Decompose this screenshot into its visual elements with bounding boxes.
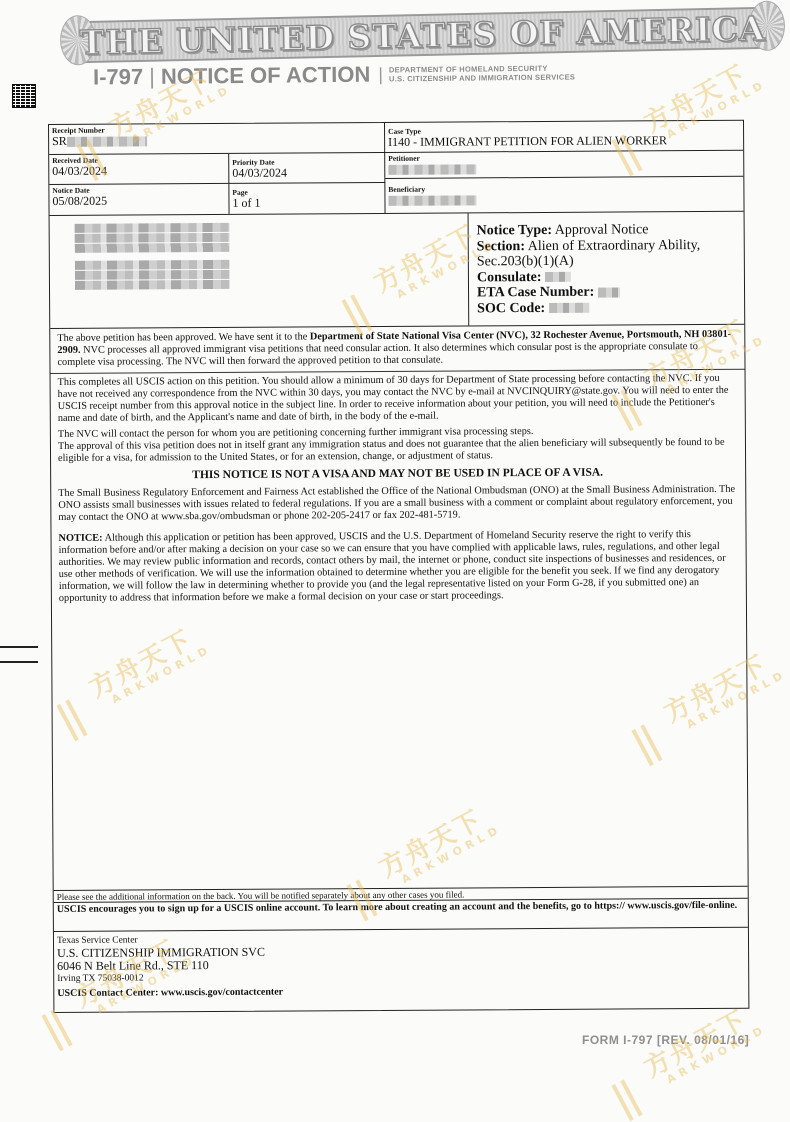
online-account-note: USCIS encourages you to sign up for a US…: [54, 898, 748, 931]
department-name: DEPARTMENT OF HOMELAND SECURITY U.S. CIT…: [389, 63, 575, 83]
receipt-number-cell: Receipt Number SR: [49, 123, 385, 155]
section-code: Sec.203(b)(1)(A): [477, 253, 744, 270]
nvc-paragraph: The above petition has been approved. We…: [57, 329, 736, 369]
notice-body: The above petition has been approved. We…: [50, 325, 746, 605]
header-separator: |: [378, 64, 383, 85]
page-value: 1 of 1: [232, 196, 381, 210]
received-date-cell: Received Date 04/03/2024: [49, 154, 229, 185]
priority-date-value: 04/03/2024: [232, 166, 381, 180]
document-header: I-797 | NOTICE OF ACTION | DEPARTMENT OF…: [93, 59, 575, 90]
barcode-icon: [12, 84, 36, 108]
department-line-2: U.S. CITIZENSHIP AND IMMIGRATION SERVICE…: [389, 72, 575, 83]
notice-form: Receipt Number SR Case Type I140 - IMMIG…: [48, 120, 749, 1013]
verification-notice-paragraph: NOTICE: Although this application or pet…: [58, 529, 737, 605]
uscis-action-paragraph: This completes all USCIS action on this …: [58, 373, 737, 425]
approval-disclaimer-paragraph: The approval of this visa petition does …: [58, 437, 737, 465]
banner: THE UNITED STATES OF AMERICA: [60, 0, 786, 63]
case-info-grid: Receipt Number SR Case Type I140 - IMMIG…: [49, 121, 744, 216]
service-center-address: Texas Service Center U.S. CITIZENSHIP IM…: [54, 927, 748, 1003]
not-a-visa-warning: THIS NOTICE IS NOT A VISA AND MAY NOT BE…: [58, 466, 737, 482]
notice-date-value: 05/08/2025: [52, 194, 225, 208]
eta-case-number: ETA Case Number:: [477, 284, 744, 301]
address-block: Notice Type: Approval Notice Section: Al…: [50, 212, 745, 329]
beneficiary-cell: Beneficiary: [385, 177, 743, 213]
section: Section: Alien of Extraordinary Ability,: [477, 237, 744, 254]
case-type-cell: Case Type I140 - IMMIGRANT PETITION FOR …: [385, 121, 743, 153]
side-mark-line: [0, 661, 38, 663]
notice-type: Notice Type: Approval Notice: [477, 222, 744, 239]
banner-title: THE UNITED STATES OF AMERICA: [60, 8, 786, 62]
header-separator: |: [149, 64, 155, 90]
received-date-value: 04/03/2024: [52, 164, 225, 178]
soc-code: SOC Code:: [477, 299, 744, 316]
priority-date-cell: Priority Date 04/03/2024: [229, 153, 385, 184]
ombudsman-paragraph: The Small Business Regulatory Enforcemen…: [58, 484, 737, 524]
contact-center: USCIS Contact Center: www.uscis.gov/cont…: [57, 984, 745, 1000]
petitioner-cell: Petitioner: [385, 151, 743, 179]
form-revision: FORM I-797 [REV. 08/01/16]: [582, 1033, 749, 1047]
notice-date-cell: Notice Date 05/08/2025: [49, 184, 229, 215]
redacted-address: [75, 223, 230, 291]
beneficiary-value: [388, 192, 740, 207]
side-marks: [0, 646, 38, 676]
consulate: Consulate:: [477, 268, 744, 285]
document-title: NOTICE OF ACTION: [161, 62, 371, 90]
notice-details: Notice Type: Approval Notice Section: Al…: [468, 212, 745, 326]
side-mark-line: [0, 646, 38, 648]
petitioner-value: [388, 161, 740, 176]
form-number: I-797: [93, 64, 143, 91]
receipt-number-value: SR: [52, 133, 381, 148]
case-type-value: I140 - IMMIGRANT PETITION FOR ALIEN WORK…: [388, 134, 740, 149]
page-cell: Page 1 of 1: [229, 183, 385, 214]
